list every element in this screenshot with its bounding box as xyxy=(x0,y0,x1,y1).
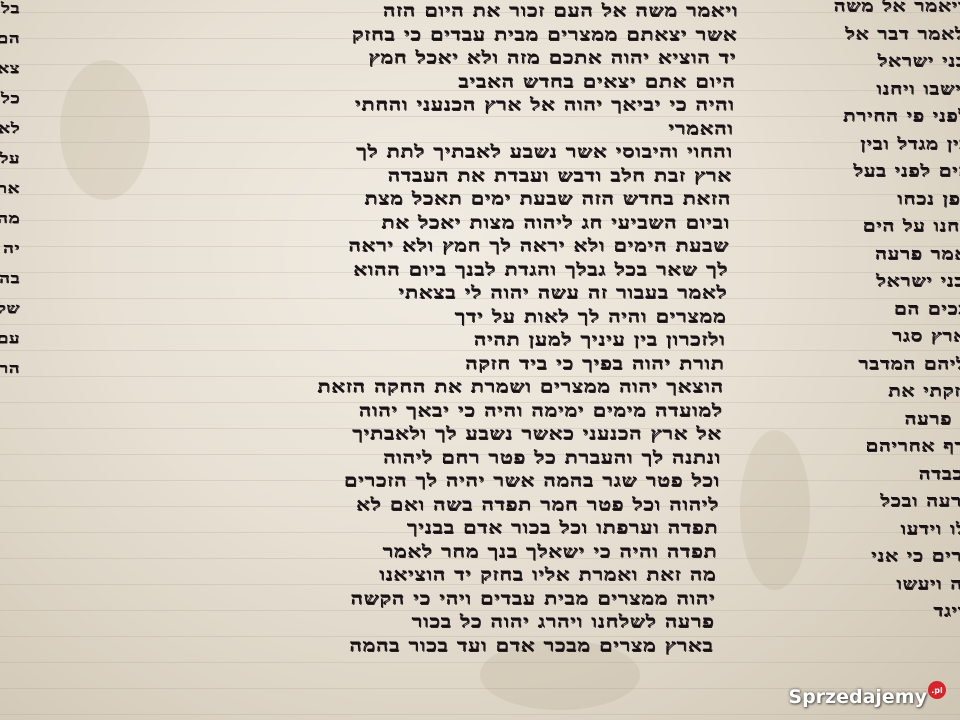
scroll-text-line: והיה כי יביאך יהוה אל ארץ הכנעני והחתי xyxy=(133,94,735,115)
scroll-text-line: בני ישראל xyxy=(797,51,960,71)
scroll-text-line: הים לפני בעל xyxy=(804,161,960,181)
sprzedajemy-watermark: Sprzedajemy .pl xyxy=(788,686,946,708)
scroll-text-line: וישבו ויחנו xyxy=(799,79,960,99)
scroll-text-line: מה זאת ואמרת אליו בחזק יד הוציאנו xyxy=(107,564,716,585)
watermark-text: Sprzedajemy xyxy=(788,686,927,708)
scroll-text-line: ויאמר משה אל העם זכור את היום הזה xyxy=(138,0,738,21)
scroll-text-line: בפרעה ובכל xyxy=(823,491,960,511)
scroll-text-line: מה xyxy=(0,210,20,227)
scroll-text-line: הם xyxy=(0,30,20,47)
scroll-text-line: תפדה והיה כי ישאלך בנך מחר לאמר xyxy=(108,541,717,562)
scroll-text-line: והאמרי xyxy=(132,118,734,139)
scroll-text-line: הוצאך יהוה ממצרים ושמרת את החקה הזאת xyxy=(117,376,723,397)
scroll-text-line: פרעה לשלחנו ויהרג יהוה כל בכור xyxy=(104,611,714,632)
scroll-text-line: לא xyxy=(0,120,20,137)
scroll-text-line: ואמר פרעה xyxy=(808,244,960,264)
scroll-text-line: והחוי והיבוסי אשר נשבע לאבתיך לתת לך xyxy=(130,141,732,162)
scroll-text-line: נבכים הם xyxy=(812,299,960,319)
scroll-text-line: למועדה מימים ימימה והיה כי יבאך יהוה xyxy=(116,400,723,421)
scroll-text-line: ואכבדה xyxy=(821,464,960,484)
scroll-text-line: עם xyxy=(0,330,20,347)
left-text-column: בלהםצאכללאעלאתמהיהבהשלעםהר xyxy=(0,0,20,420)
scroll-text-line: יהוה ממצרים מבית עבדים ויהי כי הקשה xyxy=(106,588,716,609)
scroll-text-line: ולזכרון בין עיניך למען תהיה xyxy=(120,329,725,350)
scroll-text-line: לפני פי החירת xyxy=(800,106,960,126)
scroll-text-line: שבעת הימים ולא יראה לך חמץ ולא יראה xyxy=(125,235,729,256)
scroll-text-line: לב פרעה xyxy=(818,409,960,429)
scroll-text-line: מצרים כי אני xyxy=(826,546,960,566)
scroll-text-line: וכל פטר שגר בהמה אשר יהיה לך הזכרים xyxy=(112,470,720,491)
scroll-text-line: ארץ זבת חלב ודבש ועבדת את העבדה xyxy=(129,165,732,186)
scroll-text-line: וביום השביעי חג ליהוה מצות יאכל את xyxy=(126,212,730,233)
scroll-text-line: את xyxy=(0,180,20,197)
scroll-text-line: ממצרים והיה לך לאות על ידך xyxy=(121,306,726,327)
scroll-text-line: צא xyxy=(0,60,20,77)
scroll-text-line: תורת יהוה בפיך כי ביד חזקה xyxy=(119,353,725,374)
scroll-text-line: הר xyxy=(0,360,20,377)
scroll-text-line: אל ארץ הכנעני כאשר נשבע לך ולאבתיך xyxy=(115,423,722,444)
scroll-text-line: ויאמר אל משה xyxy=(794,0,960,16)
main-text-column: ויאמר משה אל העם זכור את היום הזהאשר יצא… xyxy=(100,0,740,660)
scroll-text-line: היום אתם יצאים בחדש האביב xyxy=(134,71,735,92)
scroll-text-line: בה xyxy=(0,270,20,287)
scroll-text-line: לאמר בעבור זה עשה יהוה לי בצאתי xyxy=(122,282,727,303)
scroll-text-line: ליהוה וכל פטר חמר תפדה בשה ואם לא xyxy=(111,494,719,515)
scroll-text-line: אשר יצאתם ממצרים מבית עבדים כי בחזק xyxy=(137,24,737,45)
scroll-text-line: לך שאר בכל גבלך והגדת לבנך ביום ההוא xyxy=(124,259,728,280)
scroll-text-line: בל xyxy=(0,0,20,17)
scroll-text-line: וחזקתי את xyxy=(816,381,960,401)
scroll-text-line: ונתנה לך והעברת כל פטר רחם ליהוה xyxy=(113,447,720,468)
scroll-text-line: ורדף אחריהם xyxy=(820,436,960,456)
scroll-text-line: תחנו על הים xyxy=(807,216,960,236)
scroll-text-line: לבני ישראל xyxy=(810,271,960,291)
scroll-text-line: תפדה וערפתו וכל בכור אדם בבניך xyxy=(109,517,718,538)
scroll-text-line: יהוה ויעשו xyxy=(828,574,960,594)
ruling-line xyxy=(0,662,960,663)
scroll-text-line: צפן נכחו xyxy=(805,189,960,209)
scroll-text-line: של xyxy=(0,300,20,317)
ruling-line xyxy=(0,714,960,715)
right-text-column: ויאמר אל משהלאמר דבר אלבני ישראלוישבו וי… xyxy=(790,0,960,640)
scroll-text-line: כל xyxy=(0,90,20,107)
scroll-text-line: לאמר דבר אל xyxy=(796,24,960,44)
scroll-text-line: על xyxy=(0,150,20,167)
scroll-text-line: חילו וידעו xyxy=(824,519,960,539)
scroll-text-line: עליהם המדבר xyxy=(815,354,960,374)
scroll-text-line: יד הוציא יהוה אתכם מזה ולא יאכל חמץ xyxy=(135,47,736,68)
scroll-text-line: הזאת בחדש הזה שבעת ימים תאכל מצת xyxy=(128,188,731,209)
watermark-pl-badge: .pl xyxy=(928,681,946,699)
scroll-text-line: בארץ סגר xyxy=(813,326,960,346)
scroll-text-line: בין מגדל ובין xyxy=(802,134,960,154)
scroll-text-line: כן ויגד xyxy=(829,601,960,621)
scroll-text-line: בארץ מצרים מבכר אדם ועד בכור בהמה xyxy=(103,635,714,656)
scroll-text-line: יה xyxy=(0,240,20,257)
